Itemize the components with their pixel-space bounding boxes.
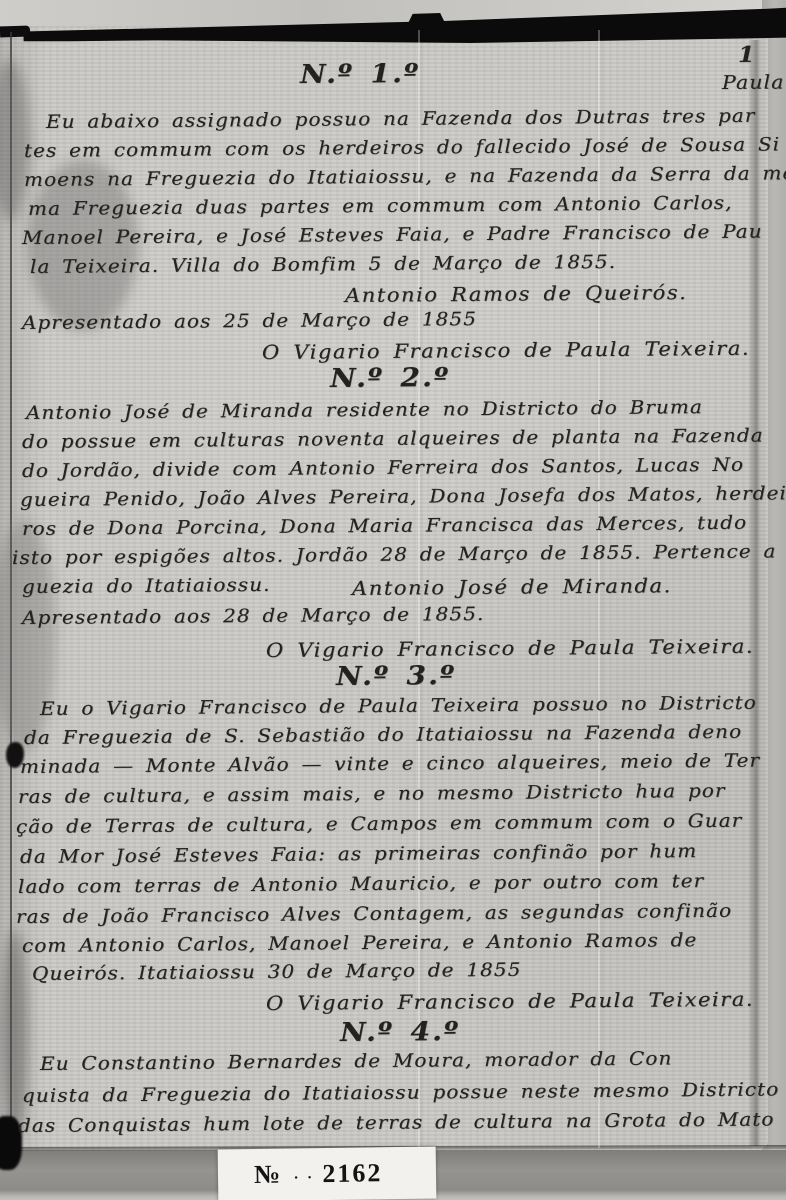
record-1-presented-note: Apresentado aos 25 de Março de 1855 xyxy=(22,309,477,334)
registry-number-label: № . . 2162 xyxy=(218,1146,437,1200)
record-3-heading: N.º 3.º xyxy=(336,661,457,692)
folio-number: 1 xyxy=(738,42,756,68)
record-2-vicar-signature: O Vigario Francisco de Paula Teixeira. xyxy=(266,635,754,662)
top-left-ink-mark xyxy=(0,25,30,37)
record-2-signature: Antonio José de Miranda. xyxy=(352,574,672,600)
record-1-signature: Antonio Ramos de Queirós. xyxy=(345,281,687,307)
registry-number: 2162 xyxy=(322,1158,382,1189)
record-4-heading: N.º 4.º xyxy=(340,1017,461,1048)
record-2-presented-note: Apresentado aos 28 de Março de 1855. xyxy=(22,604,485,629)
label-dots: . . xyxy=(294,1166,314,1183)
catchword: Paula xyxy=(722,71,785,94)
manuscript-scan: 1 Paula N.º 1.º Eu abaixo assignado poss… xyxy=(0,0,786,1200)
numero-symbol: № xyxy=(254,1160,281,1190)
record-1-vicar-signature: O Vigario Francisco de Paula Teixeira. xyxy=(262,337,750,364)
page-right-edge-shadow xyxy=(748,40,766,1146)
record-2-heading: N.º 2.º xyxy=(330,363,451,394)
paper-stain xyxy=(2,930,28,1140)
record-3-vicar-signature: O Vigario Francisco de Paula Teixeira. xyxy=(266,988,754,1015)
record-2-line: guezia do Itatiaiossu. xyxy=(22,575,271,598)
record-3-line: Queirós. Itatiaiossu 30 de Março de 1855 xyxy=(32,960,522,985)
record-1-heading: N.º 1.º xyxy=(300,59,421,90)
